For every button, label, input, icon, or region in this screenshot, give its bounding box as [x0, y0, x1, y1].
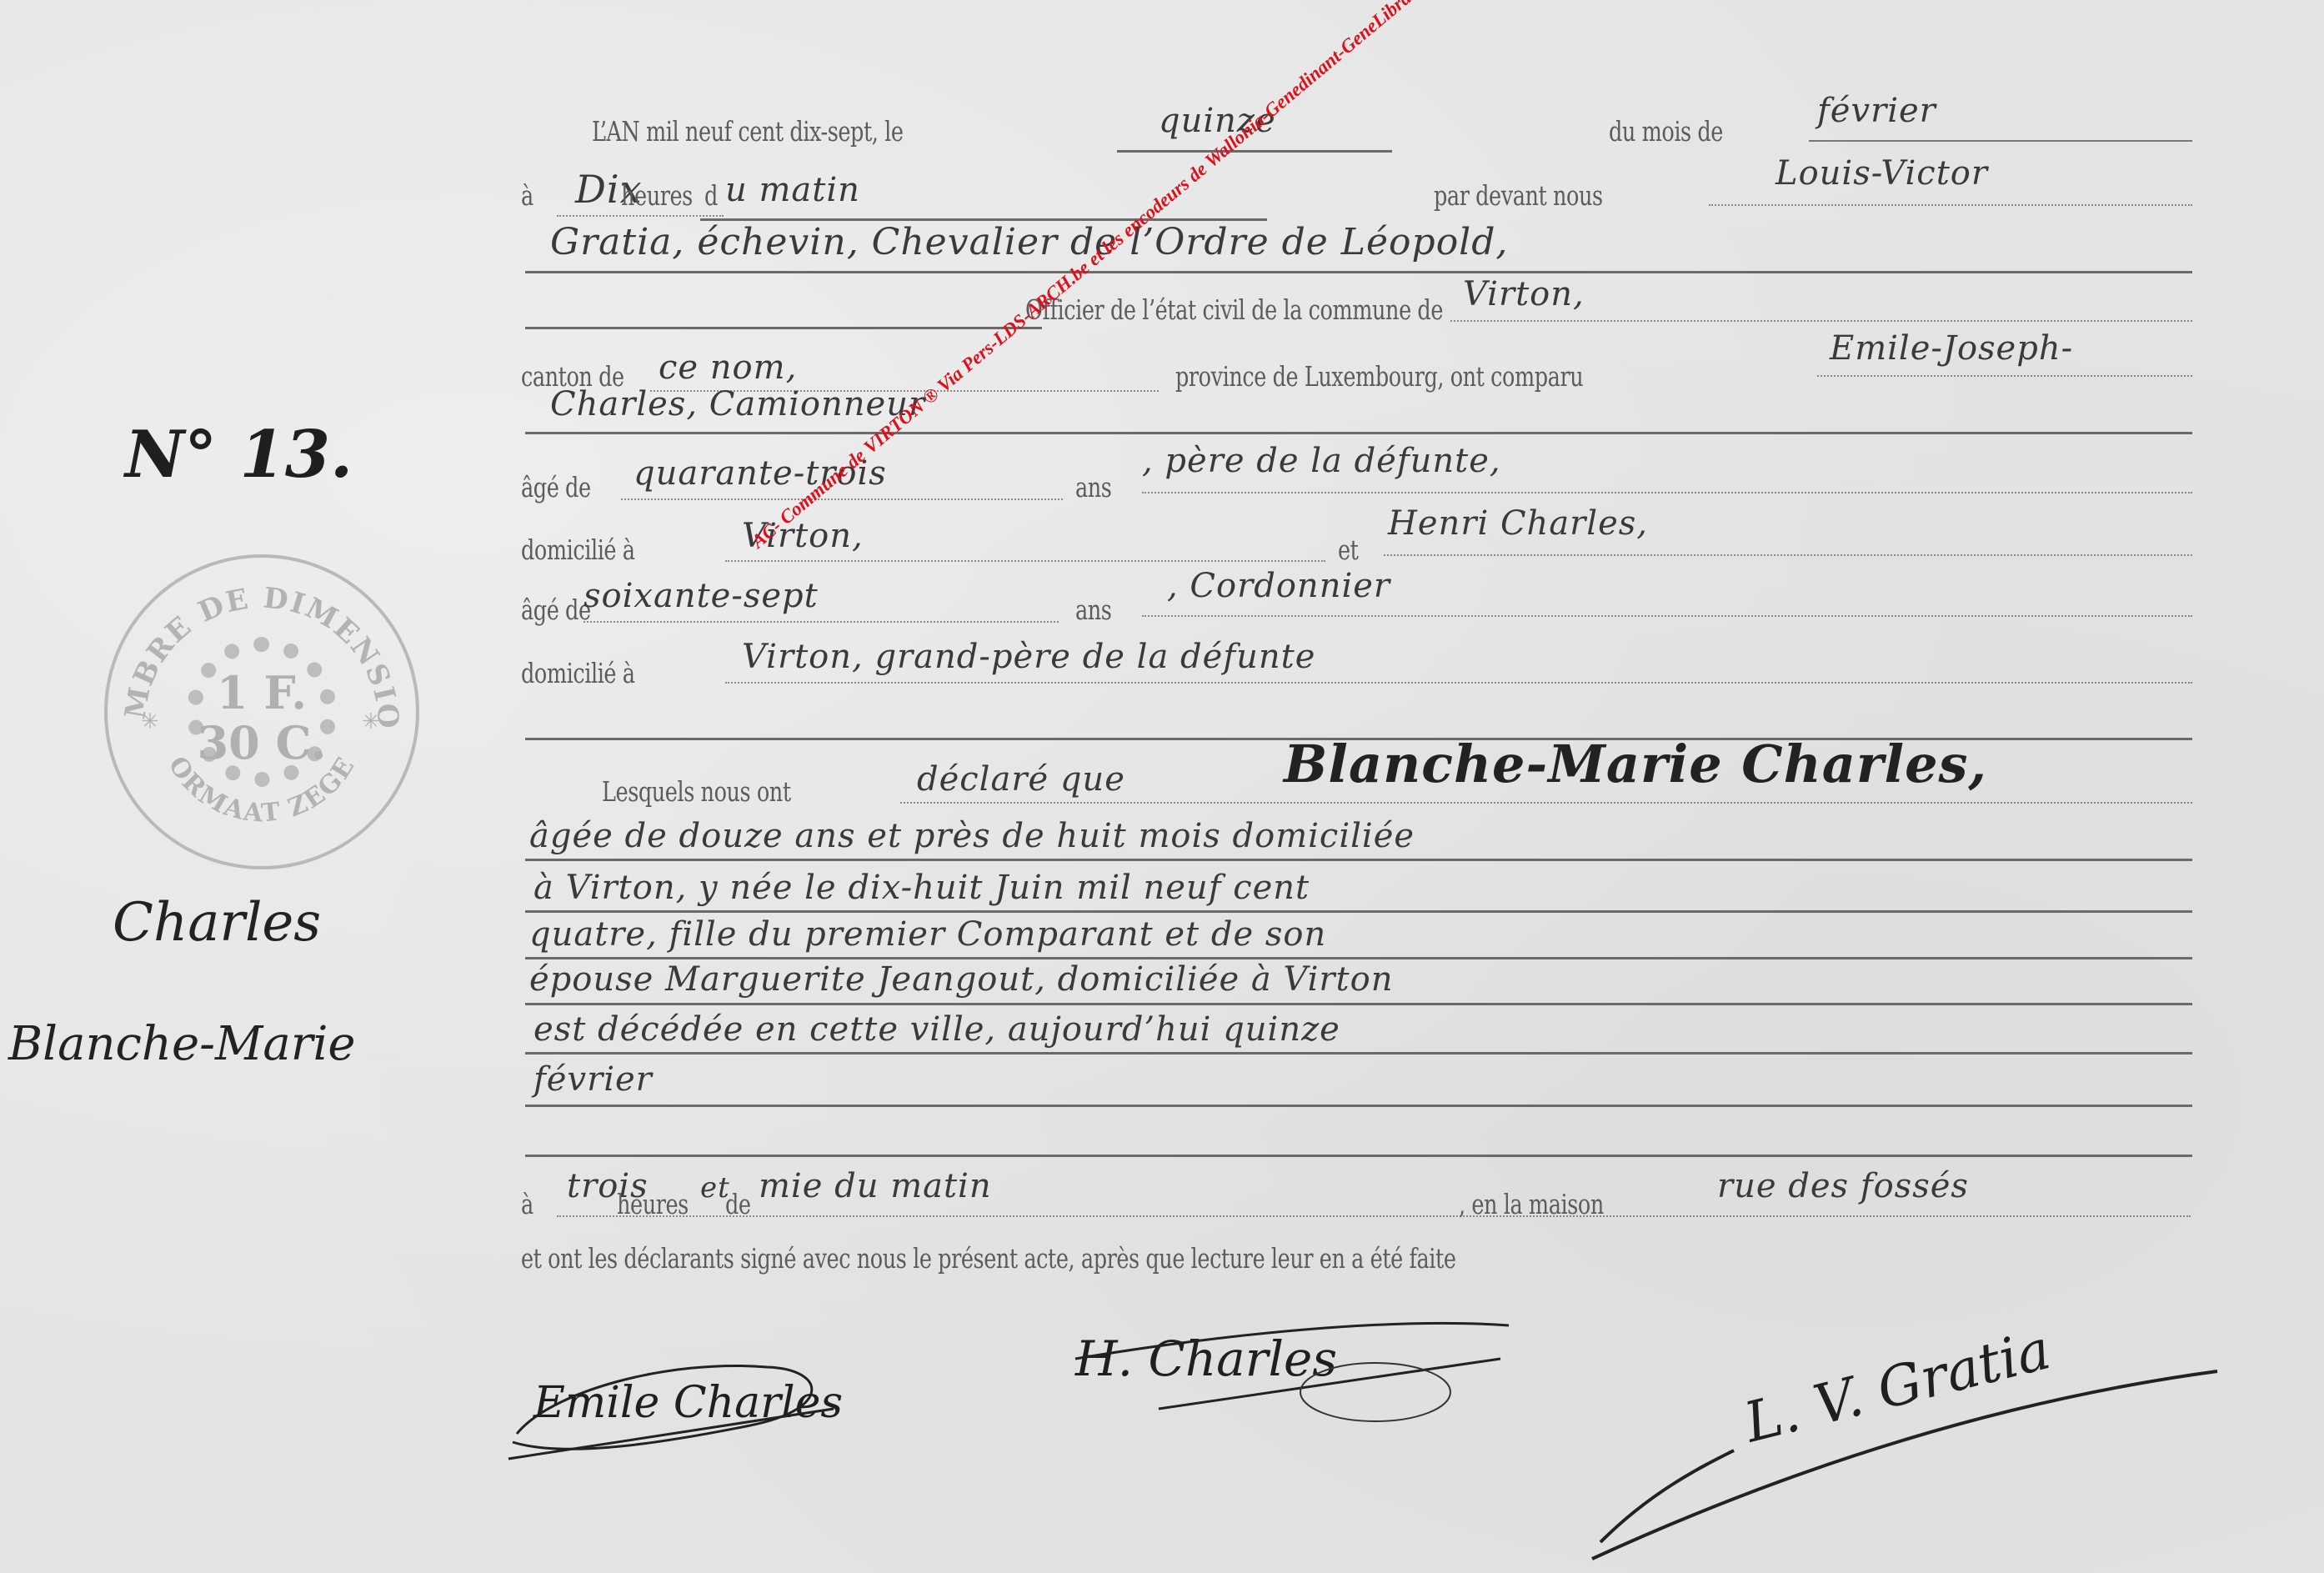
printed-domicile-1: domicilié à: [521, 534, 635, 566]
printed-ans-2: ans: [1075, 594, 1111, 626]
svg-text:L. V. Gratia: L. V. Gratia: [1737, 1317, 2056, 1455]
signature-officer-gratia: L. V. Gratia: [1584, 1300, 2301, 1573]
rule: [1117, 150, 1392, 153]
handwritten-commune: Virton,: [1463, 275, 1585, 313]
signature-henri-charles: H. Charles: [1059, 1292, 1559, 1442]
rule: [525, 859, 2192, 861]
stamp-value-francs: 1 F.: [108, 666, 416, 719]
handwritten-canton: ce nom,: [659, 348, 797, 387]
rule: [525, 327, 1042, 329]
margin-surname: Charles: [113, 892, 321, 954]
handwritten-officer-title: Gratia, échevin, Chevalier de l’Ordre de…: [550, 221, 1508, 263]
handwritten-declaration-line-4: épouse Marguerite Jeangout, domiciliée à…: [529, 960, 1393, 999]
printed-en-la-maison: , en la maison: [1459, 1188, 1604, 1220]
stamp-value-centimes: 30 C.: [108, 716, 416, 769]
printed-year: L’AN mil neuf cent dix-sept, le: [592, 115, 904, 148]
handwritten-declarant2-occupation: , Cordonnier: [1167, 567, 1390, 605]
svg-text:Emile Charles: Emile Charles: [533, 1378, 843, 1428]
rule: [525, 1155, 2192, 1157]
rule: [525, 910, 2192, 913]
margin-given-names: Blanche-Marie: [8, 1017, 356, 1071]
printed-closing-statement: et ont les déclarants signé avec nous le…: [521, 1242, 1456, 1275]
handwritten-demie-du-matin: mie du matin: [759, 1167, 992, 1205]
rule: [1709, 204, 2192, 206]
handwritten-declaration-line-3: quatre, fille du premier Comparant et de…: [529, 915, 1326, 954]
rule: [1809, 140, 2192, 142]
handwritten-declarant1-relation: , père de la défunte,: [1142, 442, 1501, 480]
printed-par-devant-nous: par devant nous: [1434, 179, 1603, 212]
rule: [557, 1215, 2191, 1217]
printed-et: et: [1338, 534, 1359, 566]
rule: [725, 560, 1325, 562]
printed-a: à: [521, 179, 533, 212]
printed-province: province de Luxembourg, ont comparu: [1175, 360, 1583, 393]
handwritten-officer-first-names: Louis-Victor: [1776, 154, 1988, 193]
handwritten-declaration-line-2: à Virton, y née le dix-huit Juin mil neu…: [533, 869, 1310, 907]
handwritten-declarant1-surname-occupation: Charles, Camionneur: [550, 385, 925, 423]
act-number: N° 13.: [125, 417, 353, 493]
printed-age-label-1: âgé de: [521, 471, 591, 503]
rule: [1142, 615, 2192, 617]
handwritten-declaration-line-6: février: [533, 1060, 653, 1099]
handwritten-deceased-name: Blanche-Marie Charles,: [1284, 734, 1987, 794]
signature-emile-charles: Emile Charles: [500, 1317, 967, 1467]
rule: [900, 802, 2192, 804]
handwritten-time-of-day: u matin: [725, 171, 860, 209]
rule: [621, 498, 1063, 500]
rule: [1817, 375, 2192, 377]
printed-d: d: [704, 179, 718, 212]
printed-a-2: à: [521, 1188, 533, 1220]
handwritten-declaration-line-5: est décédée en cette ville, aujourd’hui …: [533, 1010, 1340, 1049]
rule: [1450, 320, 2192, 322]
handwritten-month: février: [1817, 92, 1936, 130]
printed-lesquels: Lesquels nous ont: [602, 775, 791, 808]
rule: [557, 215, 724, 217]
rule: [725, 682, 2192, 684]
rule: [525, 1052, 2192, 1055]
rule: [525, 432, 2192, 434]
rule: [525, 1105, 2192, 1107]
printed-month-label: du mois de: [1609, 115, 1723, 148]
printed-ans-1: ans: [1075, 471, 1111, 503]
printed-age-label-2: âgé de: [521, 594, 591, 626]
rule: [1384, 554, 2192, 556]
handwritten-declarant1-first-names: Emile-Joseph-: [1830, 329, 2073, 368]
handwritten-declarant2-age: soixante-sept: [584, 577, 819, 615]
handwritten-declaration-line-1: âgée de douze ans et près de huit mois d…: [529, 817, 1415, 855]
handwritten-declarant2-residence-relation: Virton, grand-père de la défunte: [742, 638, 1315, 676]
printed-de: de: [725, 1188, 751, 1220]
rule: [525, 957, 2192, 959]
handwritten-death-address: rue des fossés: [1717, 1167, 1969, 1205]
printed-officier: Officier de l’état civil de la commune d…: [1025, 293, 1443, 326]
rule: [1142, 492, 2192, 493]
printed-heures-2: heures: [617, 1188, 689, 1220]
handwritten-declared: déclaré que: [917, 760, 1125, 799]
printed-heures: heures: [621, 179, 693, 212]
rule: [525, 1003, 2192, 1005]
rule: [584, 621, 1059, 623]
tax-stamp: TIMBRE DE DIMENSION FORMAAT ZEGEL ✳ ✳ 1 …: [104, 554, 419, 869]
rule: [525, 271, 2192, 273]
printed-domicile-2: domicilié à: [521, 657, 635, 689]
handwritten-declarant2-name: Henri Charles,: [1388, 504, 1648, 543]
